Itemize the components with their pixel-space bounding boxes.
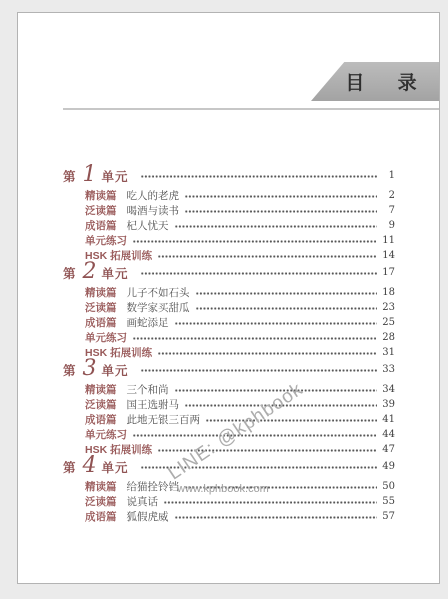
entry-section-label: 精读篇 bbox=[85, 285, 117, 300]
entry-page-number: 57 bbox=[381, 511, 395, 522]
entry-page-number: 18 bbox=[381, 287, 395, 298]
unit-items: 精读篇 三个和尚 34 泛读篇 国王选驸马 39 成语篇 此地无银三百两 41 … bbox=[63, 382, 395, 457]
entry-section-label: 单元练习 bbox=[85, 233, 127, 248]
entry-title: 画蛇添足 bbox=[127, 315, 169, 330]
entry-section-label: 精读篇 bbox=[85, 188, 117, 203]
unit-items: 精读篇 儿子不如石头 18 泛读篇 数学家买甜瓜 23 成语篇 画蛇添足 25 … bbox=[63, 285, 395, 360]
toc-entry-row: 泛读篇 国王选驸马 39 bbox=[85, 397, 395, 412]
entry-page-number: 28 bbox=[381, 332, 395, 343]
entry-section-label: 泛读篇 bbox=[85, 203, 117, 218]
dot-leader bbox=[141, 272, 377, 275]
dot-leader bbox=[175, 225, 378, 228]
toc-entry-row: 泛读篇 喝酒与读书 7 bbox=[85, 203, 395, 218]
unit-page-number: 33 bbox=[381, 364, 395, 375]
toc-entry-row: 泛读篇 数学家买甜瓜 23 bbox=[85, 300, 395, 315]
dot-leader bbox=[196, 292, 378, 295]
toc-entry-row: 单元练习 28 bbox=[85, 330, 395, 345]
toc-entry-row: HSK 拓展训练 14 bbox=[85, 248, 395, 263]
dot-leader bbox=[185, 486, 377, 489]
entry-section-label: 成语篇 bbox=[85, 218, 117, 233]
dot-leader bbox=[133, 434, 377, 437]
entry-page-number: 31 bbox=[381, 347, 395, 358]
unit-number: 1 bbox=[83, 165, 97, 185]
dot-leader bbox=[206, 419, 377, 422]
toc-entry-row: 泛读篇 说真话 55 bbox=[85, 494, 395, 509]
toc-entry-row: 单元练习 44 bbox=[85, 427, 395, 442]
unit-heading-row: 第 3 单元 33 bbox=[63, 362, 395, 377]
toc-entry-row: 成语篇 杞人忧天 9 bbox=[85, 218, 395, 233]
entry-page-number: 2 bbox=[381, 190, 395, 201]
toc-entry-row: 精读篇 儿子不如石头 18 bbox=[85, 285, 395, 300]
dot-leader bbox=[158, 255, 377, 258]
entry-page-number: 11 bbox=[381, 235, 395, 246]
entry-title: 国王选驸马 bbox=[127, 397, 180, 412]
dot-leader bbox=[158, 449, 377, 452]
unit-items: 精读篇 吃人的老虎 2 泛读篇 喝酒与读书 7 成语篇 杞人忧天 9 单元练习 … bbox=[63, 188, 395, 263]
entry-section-label: 泛读篇 bbox=[85, 397, 117, 412]
toc-unit: 第 4 单元 49 精读篇 给猫拴铃铛 50 泛读篇 说真话 55 成语篇 狐假… bbox=[63, 459, 395, 524]
entry-title: 此地无银三百两 bbox=[127, 412, 201, 427]
dot-leader bbox=[175, 516, 378, 519]
unit-prefix: 第 bbox=[63, 167, 77, 185]
dot-leader bbox=[185, 210, 377, 213]
dot-leader bbox=[164, 501, 377, 504]
dot-leader bbox=[196, 307, 378, 310]
entry-section-label: 泛读篇 bbox=[85, 494, 117, 509]
entry-section-label: 成语篇 bbox=[85, 315, 117, 330]
dot-leader bbox=[133, 240, 377, 243]
entry-title: 吃人的老虎 bbox=[127, 188, 180, 203]
entry-section-label: 精读篇 bbox=[85, 479, 117, 494]
dot-leader bbox=[175, 322, 378, 325]
unit-suffix: 单元 bbox=[102, 167, 129, 185]
toc-entry-row: 成语篇 狐假虎威 57 bbox=[85, 509, 395, 524]
entry-page-number: 47 bbox=[381, 444, 395, 455]
entry-page-number: 34 bbox=[381, 384, 395, 395]
unit-prefix: 第 bbox=[63, 458, 77, 476]
toc-entry-row: 精读篇 给猫拴铃铛 50 bbox=[85, 479, 395, 494]
entry-title: 三个和尚 bbox=[127, 382, 169, 397]
unit-number: 3 bbox=[83, 359, 97, 379]
dot-leader bbox=[175, 389, 378, 392]
entry-page-number: 50 bbox=[381, 481, 395, 492]
unit-prefix: 第 bbox=[63, 361, 77, 379]
entry-page-number: 39 bbox=[381, 399, 395, 410]
unit-prefix: 第 bbox=[63, 264, 77, 282]
entry-section-label: 精读篇 bbox=[85, 382, 117, 397]
unit-page-number: 17 bbox=[381, 267, 395, 278]
toc-entry-row: HSK 拓展训练 47 bbox=[85, 442, 395, 457]
toc-entry-row: 精读篇 吃人的老虎 2 bbox=[85, 188, 395, 203]
unit-suffix: 单元 bbox=[102, 361, 129, 379]
toc-entry-row: 成语篇 此地无银三百两 41 bbox=[85, 412, 395, 427]
unit-number: 2 bbox=[83, 262, 97, 282]
dot-leader bbox=[133, 337, 377, 340]
toc-entry-row: 成语篇 画蛇添足 25 bbox=[85, 315, 395, 330]
entry-section-label: 成语篇 bbox=[85, 509, 117, 524]
entry-title: 狐假虎威 bbox=[127, 509, 169, 524]
entry-page-number: 44 bbox=[381, 429, 395, 440]
unit-heading-row: 第 4 单元 49 bbox=[63, 459, 395, 474]
toc-list: 第 1 单元 1 精读篇 吃人的老虎 2 泛读篇 喝酒与读书 7 成语篇 杞人忧… bbox=[18, 13, 439, 526]
entry-title: 儿子不如石头 bbox=[127, 285, 190, 300]
toc-entry-row: 精读篇 三个和尚 34 bbox=[85, 382, 395, 397]
entry-section-label: 单元练习 bbox=[85, 427, 127, 442]
entry-title: 喝酒与读书 bbox=[127, 203, 180, 218]
dot-leader bbox=[185, 195, 377, 198]
toc-unit: 第 3 单元 33 精读篇 三个和尚 34 泛读篇 国王选驸马 39 成语篇 此… bbox=[63, 362, 395, 457]
toc-entry-row: 单元练习 11 bbox=[85, 233, 395, 248]
entry-page-number: 14 bbox=[381, 250, 395, 261]
toc-unit: 第 1 单元 1 精读篇 吃人的老虎 2 泛读篇 喝酒与读书 7 成语篇 杞人忧… bbox=[63, 168, 395, 263]
unit-page-number: 1 bbox=[381, 170, 395, 181]
entry-page-number: 23 bbox=[381, 302, 395, 313]
entry-section-label: 单元练习 bbox=[85, 330, 127, 345]
toc-entry-row: HSK 拓展训练 31 bbox=[85, 345, 395, 360]
unit-suffix: 单元 bbox=[102, 458, 129, 476]
dot-leader bbox=[141, 369, 377, 372]
unit-suffix: 单元 bbox=[102, 264, 129, 282]
entry-page-number: 7 bbox=[381, 205, 395, 216]
toc-unit: 第 2 单元 17 精读篇 儿子不如石头 18 泛读篇 数学家买甜瓜 23 成语… bbox=[63, 265, 395, 360]
unit-heading-row: 第 2 单元 17 bbox=[63, 265, 395, 280]
unit-page-number: 49 bbox=[381, 461, 395, 472]
entry-title: 说真话 bbox=[127, 494, 159, 509]
entry-page-number: 9 bbox=[381, 220, 395, 231]
dot-leader bbox=[141, 175, 377, 178]
entry-section-label: 泛读篇 bbox=[85, 300, 117, 315]
entry-page-number: 55 bbox=[381, 496, 395, 507]
dot-leader bbox=[185, 404, 377, 407]
dot-leader bbox=[141, 466, 377, 469]
entry-page-number: 25 bbox=[381, 317, 395, 328]
entry-section-label: 成语篇 bbox=[85, 412, 117, 427]
unit-items: 精读篇 给猫拴铃铛 50 泛读篇 说真话 55 成语篇 狐假虎威 57 bbox=[63, 479, 395, 524]
entry-title: 给猫拴铃铛 bbox=[127, 479, 180, 494]
unit-heading-row: 第 1 单元 1 bbox=[63, 168, 395, 183]
dot-leader bbox=[158, 352, 377, 355]
entry-title: 杞人忧天 bbox=[127, 218, 169, 233]
entry-page-number: 41 bbox=[381, 414, 395, 425]
entry-title: 数学家买甜瓜 bbox=[127, 300, 190, 315]
scanned-page: 目 录 第 1 单元 1 精读篇 吃人的老虎 2 泛读篇 喝酒与读书 7 成语篇… bbox=[17, 12, 440, 584]
unit-number: 4 bbox=[83, 456, 97, 476]
